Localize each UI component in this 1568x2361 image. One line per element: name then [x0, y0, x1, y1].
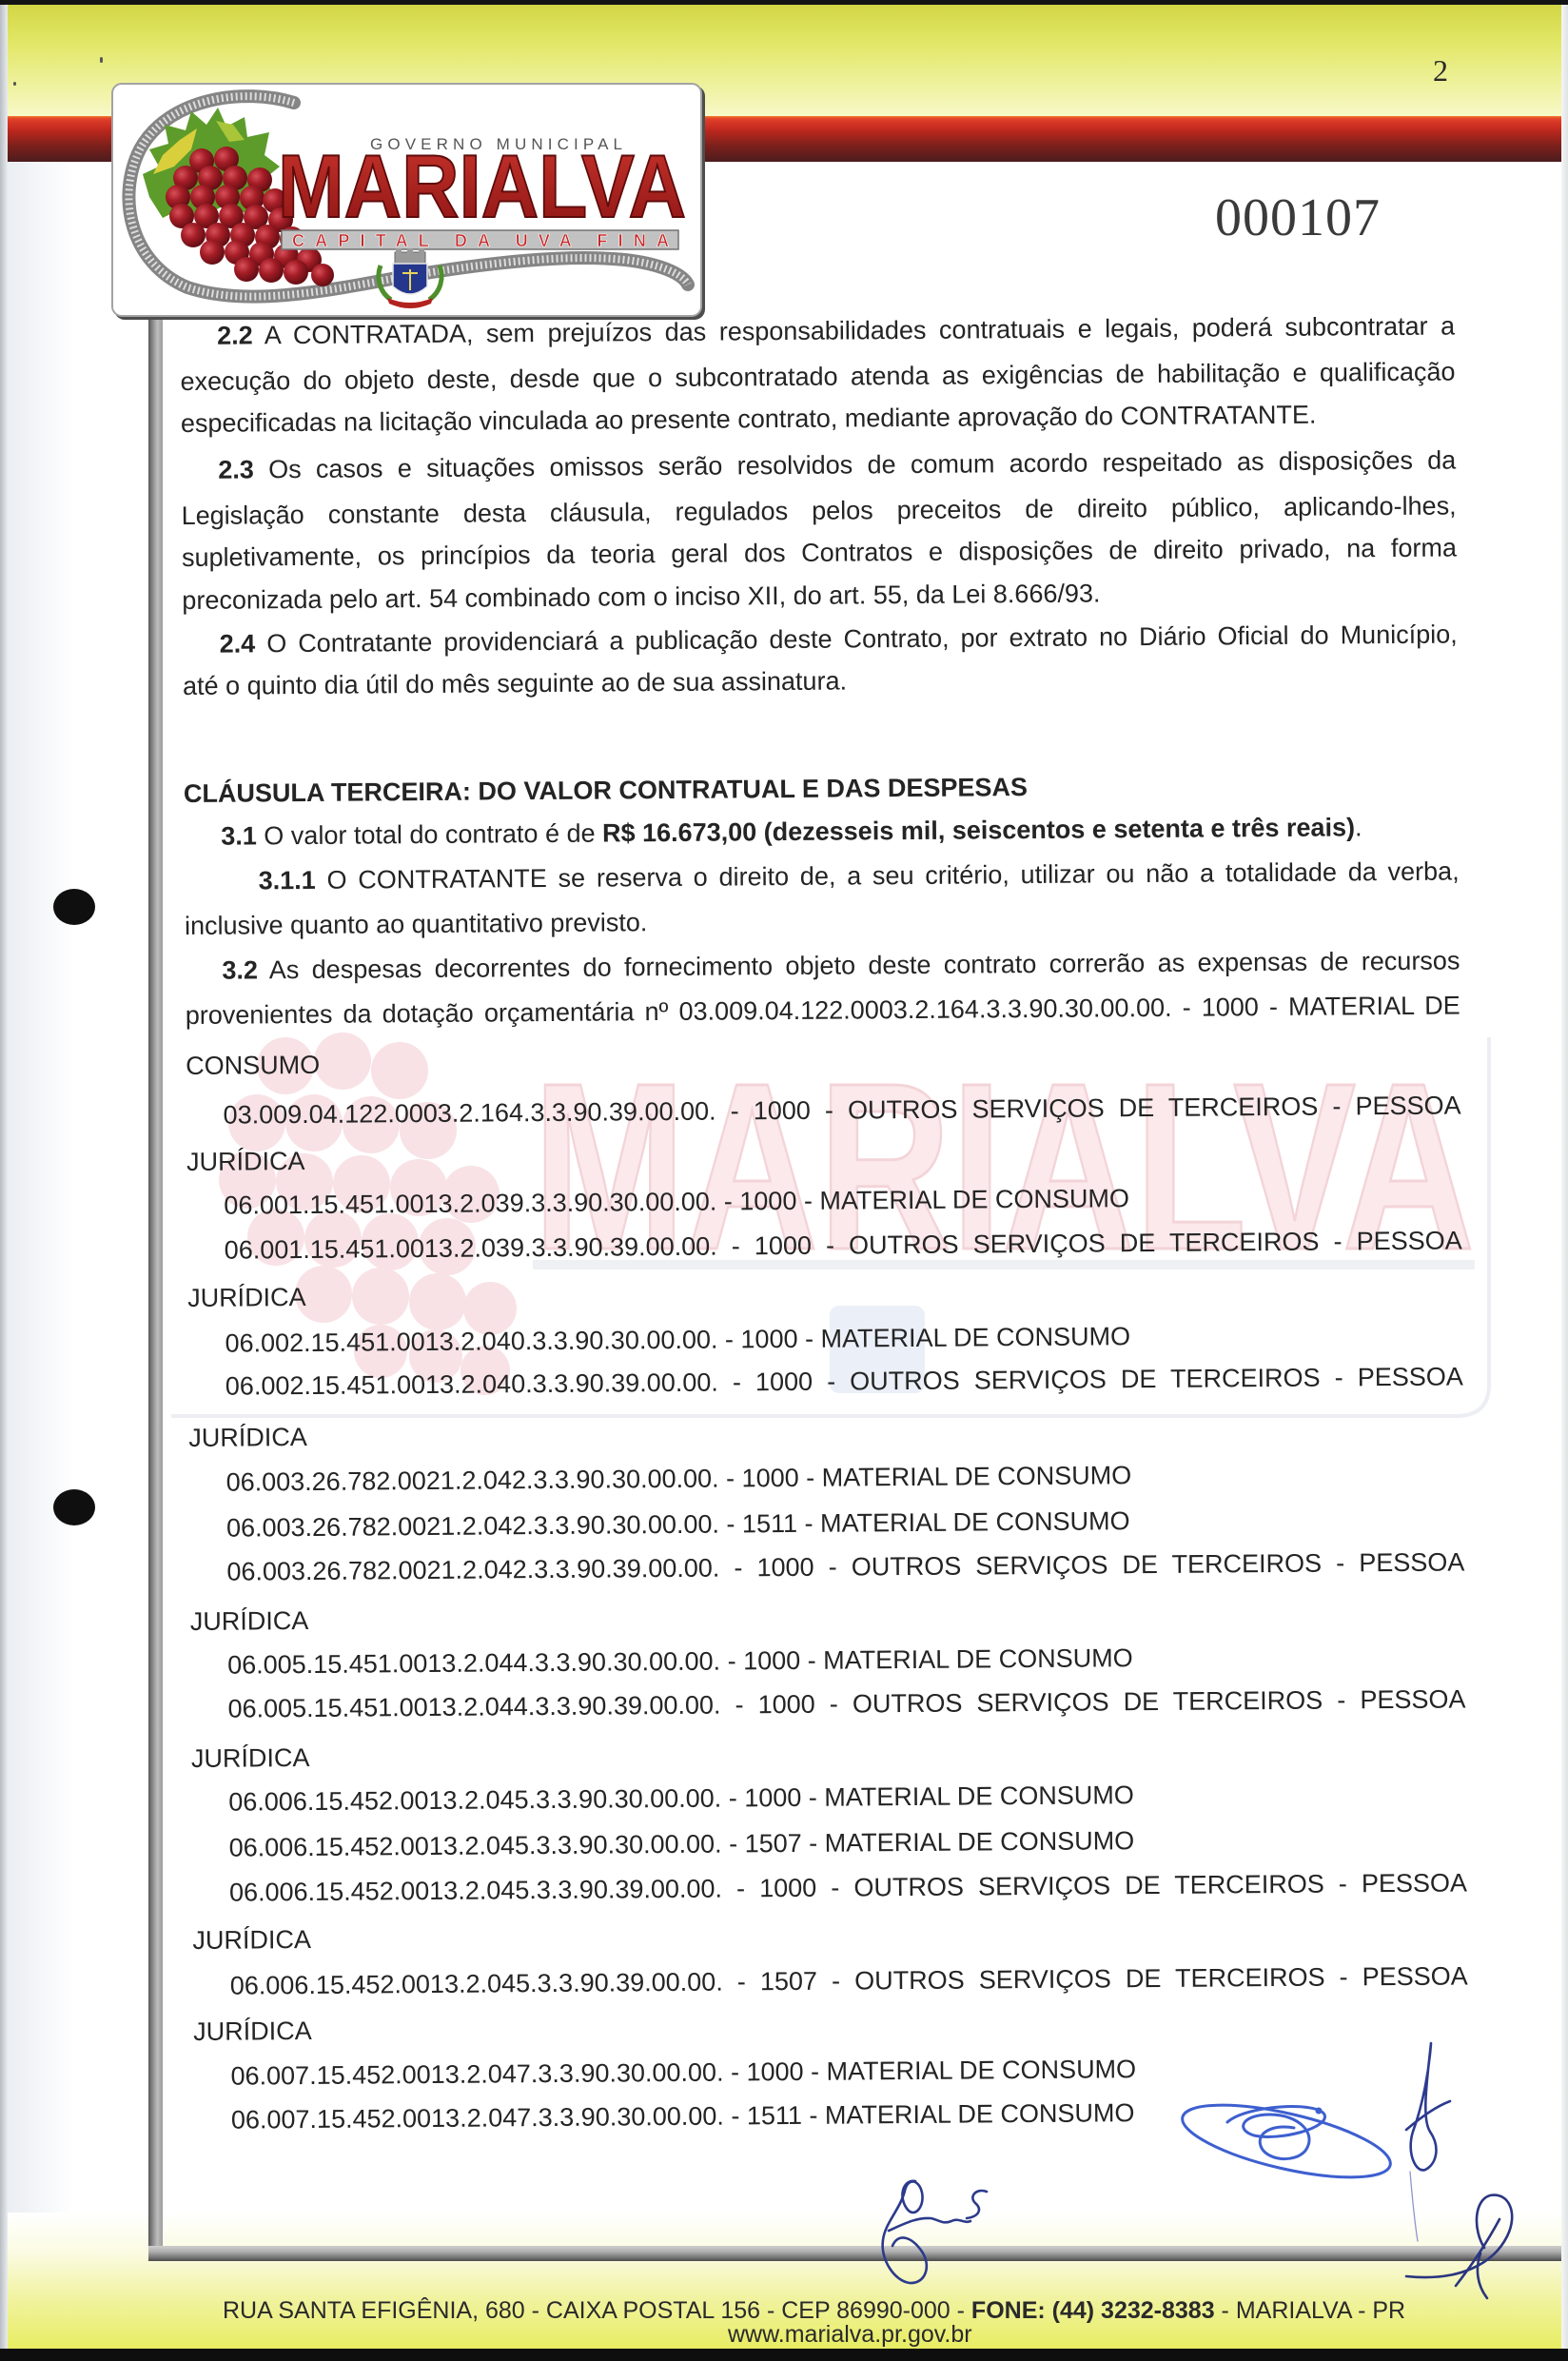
budget-allocation-line: 06.005.15.451.0013.2.044.3.3.90.39.00.00…: [190, 1677, 1465, 1731]
allocation-code: 03.009.04.122.0003.2.164.3.3.90.39.00.00…: [223, 1097, 715, 1130]
allocation-description: MATERIAL DE CONSUMO: [822, 1461, 1132, 1492]
separator: -: [813, 1367, 850, 1396]
allocation-code: 06.002.15.451.0013.2.040.3.3.90.39.00.00…: [225, 1368, 718, 1401]
logo-graphic: GOVERNO MUNICIPAL MARIALVA CAPITAL DA UV…: [111, 83, 702, 317]
allocation-source: 1511: [742, 1509, 797, 1538]
logo-city-name: MARIALVA: [278, 136, 686, 236]
clause-number: 2.4: [220, 629, 256, 658]
footer-city: - MARIALVA - PR: [1215, 2297, 1406, 2324]
separator: -: [715, 1096, 753, 1125]
separator: -: [720, 1690, 757, 1719]
allocation-description: JURÍDICA: [192, 1908, 1467, 1962]
allocation-source: 1000: [759, 1874, 816, 1902]
footer-website: www.marialva.pr.gov.br: [728, 2322, 972, 2347]
clause-number: 3.1: [221, 821, 257, 850]
separator: -: [716, 1187, 739, 1215]
punch-hole: [53, 1489, 95, 1525]
budget-allocation-line: 06.006.15.452.0013.2.045.3.3.90.39.00.00…: [192, 1860, 1467, 1915]
allocation-description: OUTROS SERVIÇOS DE TERCEIROS - PESSOA: [849, 1226, 1462, 1259]
separator: -: [799, 1464, 822, 1492]
allocation-code: 06.007.15.452.0013.2.047.3.3.90.30.00.00…: [230, 2058, 723, 2091]
allocation-code: 06.003.26.782.0021.2.042.3.3.90.30.00.00…: [226, 1510, 719, 1543]
allocation-code: 06.002.15.451.0013.2.040.3.3.90.30.00.00…: [225, 1326, 717, 1358]
line-text: O valor total do contrato é de: [257, 819, 602, 851]
paragraph-2-3-line: 2.3 Os casos e situações omissos serão r…: [181, 438, 1456, 492]
allocation-description: MATERIAL DE CONSUMO: [824, 1781, 1134, 1812]
allocation-description: JURÍDICA: [187, 1266, 1462, 1320]
allocation-code: 06.001.15.451.0013.2.039.3.3.90.39.00.00…: [225, 1232, 717, 1265]
separator: -: [803, 2057, 826, 2086]
scan-right-edge: [1561, 0, 1568, 2361]
separator: -: [724, 2101, 747, 2130]
separator: -: [722, 1874, 759, 1902]
allocation-code: 06.007.15.452.0013.2.047.3.3.90.30.00.00…: [231, 2102, 724, 2135]
paragraph-3-2-line: CONSUMO: [186, 1033, 1460, 1088]
punch-hole: [53, 889, 95, 925]
budget-allocation-line: 06.006.15.452.0013.2.045.3.3.90.39.00.00…: [193, 1954, 1468, 2008]
allocation-description: OUTROS SERVIÇOS DE TERCEIROS - PESSOA: [850, 1362, 1463, 1395]
allocation-description: MATERIAL DE CONSUMO: [820, 1506, 1130, 1538]
allocation-code: 06.006.15.452.0013.2.045.3.3.90.39.00.00…: [230, 1968, 723, 2000]
line-text: Os casos e situações omissos serão resol…: [254, 445, 1457, 483]
allocation-source: 1000: [758, 1690, 815, 1719]
clause-number: 2.2: [217, 321, 253, 349]
separator: -: [797, 1509, 820, 1538]
line-text: O Contratante providenciará a publicação…: [255, 620, 1458, 658]
budget-allocation-line: 06.002.15.451.0013.2.040.3.3.90.39.00.00…: [188, 1354, 1463, 1408]
allocation-source: 1000: [756, 1553, 813, 1582]
separator: -: [811, 1096, 848, 1125]
separator: -: [719, 1553, 756, 1582]
separator: -: [717, 1231, 755, 1260]
separator: -: [797, 1325, 820, 1353]
allocation-code: 06.001.15.451.0013.2.039.3.3.90.30.00.00…: [224, 1188, 716, 1220]
separator: -: [800, 1646, 823, 1675]
footer-address-text: RUA SANTA EFIGÊNIA, 680 - CAIXA POSTAL 1…: [223, 2297, 971, 2324]
allocation-source: 1000: [740, 1325, 797, 1353]
separator: -: [813, 1552, 851, 1581]
budget-allocation-line: 06.003.26.782.0021.2.042.3.3.90.30.00.00…: [188, 1450, 1463, 1505]
allocation-description: OUTROS SERVIÇOS DE TERCEIROS - PESSOA: [852, 1547, 1465, 1581]
scan-left-edge: [0, 0, 8, 2361]
clause-number: 3.1.1: [259, 866, 316, 895]
separator: -: [723, 1967, 760, 1996]
margin-tint: [8, 162, 74, 2255]
clause-number: 3.2: [222, 955, 258, 984]
page-number: 2: [1433, 55, 1448, 86]
scanned-contract-page: 2 000107: [0, 0, 1568, 2361]
contract-body: 2.2 A CONTRATADA, sem prejuízos das resp…: [180, 304, 1469, 2150]
separator: -: [817, 1966, 854, 1995]
separator: -: [802, 1829, 825, 1858]
separator: -: [802, 2101, 825, 2130]
line-text: O CONTRATANTE se reserva o direito de, a…: [316, 856, 1460, 894]
separator: -: [720, 1646, 743, 1675]
separator: -: [796, 1187, 819, 1215]
allocation-source: 1511: [747, 2101, 802, 2130]
separator: -: [812, 1231, 849, 1260]
allocation-source: 1507: [760, 1967, 817, 1996]
budget-allocation-line: 03.009.04.122.0003.2.164.3.3.90.39.00.00…: [186, 1083, 1460, 1137]
allocation-source: 1000: [746, 2057, 803, 2086]
allocation-code: 06.003.26.782.0021.2.042.3.3.90.30.00.00…: [226, 1465, 719, 1497]
allocation-description: OUTROS SERVIÇOS DE TERCEIROS - PESSOA: [848, 1091, 1461, 1124]
scan-speck: [100, 57, 103, 63]
scan-top-edge: [0, 0, 1568, 5]
page-frame-bottom: [148, 2246, 1561, 2261]
line-text: As despesas decorrentes do fornecimento …: [258, 946, 1460, 984]
allocation-source: 1000: [755, 1367, 813, 1396]
municipal-logo: GOVERNO MUNICIPAL MARIALVA CAPITAL DA UV…: [111, 83, 702, 317]
allocation-source: 1000: [755, 1231, 812, 1260]
separator: -: [723, 2057, 746, 2086]
allocation-description: MATERIAL DE CONSUMO: [826, 2055, 1136, 2086]
allocation-description: MATERIAL DE CONSUMO: [825, 1826, 1135, 1858]
allocation-description: MATERIAL DE CONSUMO: [820, 1322, 1130, 1353]
budget-allocation-line: 06.006.15.452.0013.2.045.3.3.90.30.00.00…: [191, 1770, 1466, 1824]
page-stamp-number: 000107: [1215, 191, 1381, 245]
allocation-code: 06.005.15.451.0013.2.044.3.3.90.39.00.00…: [227, 1691, 720, 1723]
allocation-description: OUTROS SERVIÇOS DE TERCEIROS - PESSOA: [853, 1868, 1467, 1901]
footer-phone: FONE: (44) 3232-8383: [971, 2297, 1215, 2324]
separator: -: [722, 1829, 745, 1858]
line-text: A CONTRATADA, sem prejuízos das responsa…: [253, 311, 1456, 349]
separator: -: [719, 1509, 742, 1538]
allocation-code: 06.005.15.451.0013.2.044.3.3.90.30.00.00…: [227, 1647, 720, 1680]
scan-bottom-edge: [0, 2349, 1568, 2361]
allocation-source: 1000: [754, 1096, 811, 1125]
paragraph-3-2-line: provenientes da dotação orçamentária nº …: [186, 983, 1460, 1037]
allocation-code: 06.006.15.452.0013.2.045.3.3.90.30.00.00…: [229, 1830, 722, 1862]
budget-allocation-line: 06.007.15.452.0013.2.047.3.3.90.30.00.00…: [194, 2088, 1469, 2142]
clause-number: 2.3: [218, 455, 254, 483]
budget-allocation-line: 06.003.26.782.0021.2.042.3.3.90.39.00.00…: [189, 1540, 1464, 1594]
line-text: .: [1355, 813, 1362, 841]
budget-allocation-line: 06.001.15.451.0013.2.039.3.3.90.39.00.00…: [187, 1218, 1462, 1272]
allocation-source: 1000: [739, 1187, 796, 1215]
separator: -: [801, 1783, 824, 1812]
separator: -: [717, 1325, 740, 1353]
allocation-code: 06.006.15.452.0013.2.045.3.3.90.39.00.00…: [229, 1875, 722, 1907]
page-frame-left: [148, 317, 163, 2261]
paragraph-2-2-line: especificadas na licitação vinculada ao …: [181, 391, 1456, 445]
separator: -: [718, 1464, 741, 1492]
allocation-code: 06.003.26.782.0021.2.042.3.3.90.39.00.00…: [226, 1554, 719, 1586]
allocation-source: 1507: [745, 1829, 802, 1858]
separator: -: [721, 1783, 744, 1812]
allocation-source: 1000: [743, 1646, 800, 1675]
scan-speck: [13, 82, 16, 86]
separator: -: [816, 1873, 853, 1901]
allocation-description: OUTROS SERVIÇOS DE TERCEIROS - PESSOA: [854, 1961, 1468, 1995]
separator: -: [718, 1367, 755, 1396]
allocation-source: 1000: [741, 1464, 798, 1492]
allocation-description: MATERIAL DE CONSUMO: [819, 1184, 1129, 1215]
paragraph-2-4-line: até o quinto dia útil do mês seguinte ao…: [183, 654, 1458, 708]
allocation-description: MATERIAL DE CONSUMO: [823, 1643, 1133, 1675]
separator: -: [815, 1689, 853, 1718]
allocation-description: MATERIAL DE CONSUMO: [825, 2098, 1135, 2130]
allocation-description: OUTROS SERVIÇOS DE TERCEIROS - PESSOA: [853, 1684, 1466, 1718]
allocation-code: 06.006.15.452.0013.2.045.3.3.90.30.00.00…: [228, 1784, 721, 1817]
allocation-source: 1000: [744, 1783, 801, 1812]
contract-amount: R$ 16.673,00 (dezesseis mil, seiscentos …: [602, 813, 1355, 847]
